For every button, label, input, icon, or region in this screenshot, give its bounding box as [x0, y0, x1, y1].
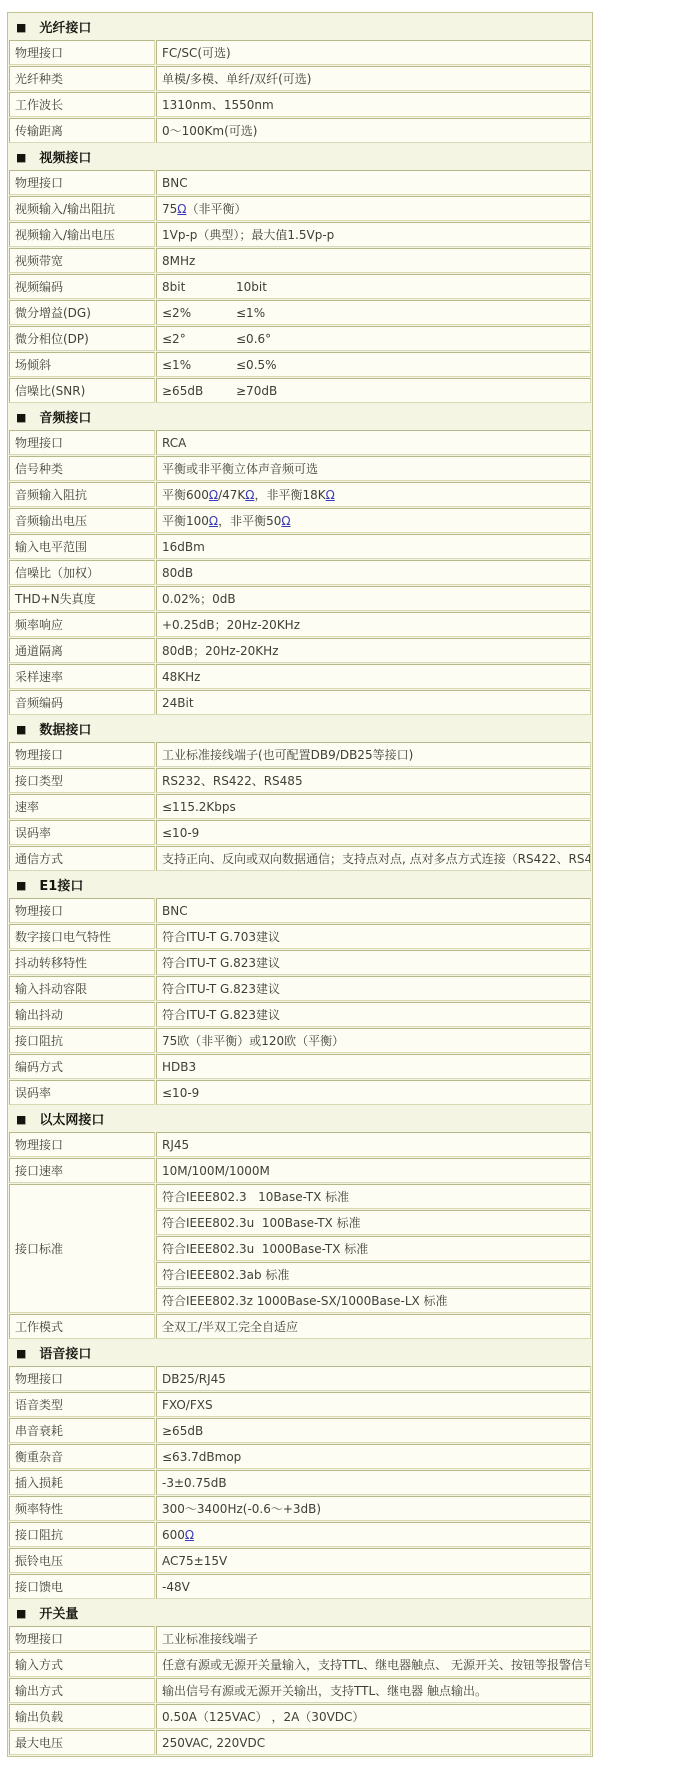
section-title: 视频接口	[39, 151, 91, 166]
row-label: 接口馈电	[9, 1574, 155, 1599]
ohm-symbol: Ω	[209, 488, 218, 502]
spec-row: 插入损耗-3±0.75dB	[9, 1470, 591, 1495]
row-value: 符合IEEE802.3u 1000Base-TX 标准	[156, 1236, 591, 1261]
row-label: 输出抖动	[9, 1002, 155, 1027]
spec-row: 工作波长1310nm、1550nm	[9, 92, 591, 117]
row-label: 输入抖动容限	[9, 976, 155, 1001]
spec-row: 输入抖动容限符合ITU-T G.823建议	[9, 976, 591, 1001]
row-label: 音频输出电压	[9, 508, 155, 533]
row-value: 符合IEEE802.3u 100Base-TX 标准	[156, 1210, 591, 1235]
row-label: 物理接口	[9, 898, 155, 923]
spec-row: 物理接口工业标准接线端子(也可配置DB9/DB25等接口)	[9, 742, 591, 767]
spec-row: 视频编码8bit10bit	[9, 274, 591, 299]
row-value: BNC	[156, 898, 591, 923]
row-value: 符合ITU-T G.823建议	[156, 1002, 591, 1027]
spec-row: 频率特性300～3400Hz(-0.6～+3dB)	[9, 1496, 591, 1521]
row-label: 最大电压	[9, 1730, 155, 1755]
spec-row: 抖动转移特性符合ITU-T G.823建议	[9, 950, 591, 975]
spec-row: 接口标准符合IEEE802.3 10Base-TX 标准	[9, 1184, 591, 1209]
section-title: 开关量	[39, 1607, 78, 1622]
row-value: 75Ω（非平衡）	[156, 196, 591, 221]
row-value: RS232、RS422、RS485	[156, 768, 591, 793]
row-label: 物理接口	[9, 170, 155, 195]
ohm-symbol: Ω	[281, 514, 290, 528]
spec-row: 接口阻抗600Ω	[9, 1522, 591, 1547]
row-label: 输入方式	[9, 1652, 155, 1677]
section-header-row: ■语音接口	[9, 1340, 591, 1365]
row-value: 250VAC, 220VDC	[156, 1730, 591, 1755]
ohm-symbol: Ω	[177, 202, 186, 216]
row-value: ≤1%≤0.5%	[156, 352, 591, 377]
row-value: FC/SC(可选)	[156, 40, 591, 65]
spec-row: 串音衰耗≥65dB	[9, 1418, 591, 1443]
row-label: 通信方式	[9, 846, 155, 871]
row-label: 光纤种类	[9, 66, 155, 91]
row-value: 10M/100M/1000M	[156, 1158, 591, 1183]
section-bullet-icon: ■	[16, 879, 26, 892]
row-value-col1: 8bit	[162, 280, 236, 294]
section-title: 音频接口	[39, 411, 91, 426]
row-value: DB25/RJ45	[156, 1366, 591, 1391]
row-label: 接口类型	[9, 768, 155, 793]
row-label: 数字接口电气特性	[9, 924, 155, 949]
row-label: 微分增益(DG)	[9, 300, 155, 325]
row-label: 输出方式	[9, 1678, 155, 1703]
spec-row: 接口类型RS232、RS422、RS485	[9, 768, 591, 793]
row-value-col1: ≤2%	[162, 306, 236, 320]
row-value: 平衡100Ω，非平衡50Ω	[156, 508, 591, 533]
row-label: 接口阻抗	[9, 1028, 155, 1053]
row-value: 0.02%；0dB	[156, 586, 591, 611]
row-value-col2: ≤1%	[236, 306, 265, 320]
row-value-col2: ≤0.5%	[236, 358, 277, 372]
spec-row: 物理接口BNC	[9, 170, 591, 195]
row-value: 48KHz	[156, 664, 591, 689]
section-header-row: ■光纤接口	[9, 14, 591, 39]
spec-row: 输出抖动符合ITU-T G.823建议	[9, 1002, 591, 1027]
section-title: 光纤接口	[39, 21, 91, 36]
section-header-row: ■音频接口	[9, 404, 591, 429]
spec-row: 语音类型FXO/FXS	[9, 1392, 591, 1417]
section-header-row: ■以太网接口	[9, 1106, 591, 1131]
row-label: 信号种类	[9, 456, 155, 481]
row-value: 任意有源或无源开关量输入，支持TTL、继电器触点、 无源开关、按钮等报警信号。	[156, 1652, 591, 1677]
row-value: +0.25dB；20Hz-20KHz	[156, 612, 591, 637]
row-value: ≤2°≤0.6°	[156, 326, 591, 351]
row-label: 物理接口	[9, 742, 155, 767]
section-header: ■光纤接口	[9, 14, 591, 39]
row-value-col2: 10bit	[236, 280, 267, 294]
row-value: 300～3400Hz(-0.6～+3dB)	[156, 1496, 591, 1521]
spec-row: 接口速率10M/100M/1000M	[9, 1158, 591, 1183]
spec-row: 视频带宽8MHz	[9, 248, 591, 273]
ohm-symbol: Ω	[185, 1528, 194, 1542]
spec-row: 工作模式全双工/半双工完全自适应	[9, 1314, 591, 1339]
spec-row: 频率响应+0.25dB；20Hz-20KHz	[9, 612, 591, 637]
row-value: 8MHz	[156, 248, 591, 273]
row-value: 符合ITU-T G.823建议	[156, 950, 591, 975]
spec-row: 衡重杂音≤63.7dBmop	[9, 1444, 591, 1469]
row-label: 信噪比（加权）	[9, 560, 155, 585]
section-bullet-icon: ■	[16, 411, 26, 424]
section-header: ■E1接口	[9, 872, 591, 897]
row-label: 音频编码	[9, 690, 155, 715]
spec-row: 速率≤115.2Kbps	[9, 794, 591, 819]
ohm-symbol: Ω	[326, 488, 335, 502]
row-label: 速率	[9, 794, 155, 819]
spec-table: ■光纤接口物理接口FC/SC(可选)光纤种类单模/多模、单纤/双纤(可选)工作波…	[7, 12, 593, 1757]
row-value-col2: ≥70dB	[236, 384, 277, 398]
row-label: 插入损耗	[9, 1470, 155, 1495]
row-label: 微分相位(DP)	[9, 326, 155, 351]
row-value: 符合IEEE802.3 10Base-TX 标准	[156, 1184, 591, 1209]
section-bullet-icon: ■	[16, 151, 26, 164]
row-value-col2: ≤0.6°	[236, 332, 271, 346]
row-value: 平衡或非平衡立体声音频可选	[156, 456, 591, 481]
section-header-row: ■数据接口	[9, 716, 591, 741]
spec-row: 物理接口RCA	[9, 430, 591, 455]
row-value: -48V	[156, 1574, 591, 1599]
row-label: 接口阻抗	[9, 1522, 155, 1547]
spec-row: 编码方式HDB3	[9, 1054, 591, 1079]
spec-row: 通信方式支持正向、反向或双向数据通信；支持点对点, 点对多点方式连接（RS422…	[9, 846, 591, 871]
row-label: 频率特性	[9, 1496, 155, 1521]
section-header: ■以太网接口	[9, 1106, 591, 1131]
row-label: 误码率	[9, 820, 155, 845]
section-bullet-icon: ■	[16, 1607, 26, 1620]
row-value: RJ45	[156, 1132, 591, 1157]
spec-row: 输出负载0.50A（125VAC） ，2A（30VDC）	[9, 1704, 591, 1729]
row-label: 工作模式	[9, 1314, 155, 1339]
spec-row: 物理接口BNC	[9, 898, 591, 923]
spec-row: 物理接口DB25/RJ45	[9, 1366, 591, 1391]
section-header-row: ■视频接口	[9, 144, 591, 169]
row-value: ≤115.2Kbps	[156, 794, 591, 819]
spec-row: 信号种类平衡或非平衡立体声音频可选	[9, 456, 591, 481]
row-value: 8bit10bit	[156, 274, 591, 299]
row-value: 80dB；20Hz-20KHz	[156, 638, 591, 663]
row-value: -3±0.75dB	[156, 1470, 591, 1495]
row-value: ≤10-9	[156, 1080, 591, 1105]
section-title: 以太网接口	[39, 1113, 104, 1128]
spec-row: 信噪比（加权）80dB	[9, 560, 591, 585]
row-value: 工业标准接线端子(也可配置DB9/DB25等接口)	[156, 742, 591, 767]
section-bullet-icon: ■	[16, 1347, 26, 1360]
row-value: 1310nm、1550nm	[156, 92, 591, 117]
ohm-symbol: Ω	[245, 488, 254, 502]
spec-row: 接口馈电-48V	[9, 1574, 591, 1599]
row-label: 工作波长	[9, 92, 155, 117]
row-label: 语音类型	[9, 1392, 155, 1417]
spec-row: 误码率≤10-9	[9, 1080, 591, 1105]
spec-row: 输入方式任意有源或无源开关量输入，支持TTL、继电器触点、 无源开关、按钮等报警…	[9, 1652, 591, 1677]
section-bullet-icon: ■	[16, 1113, 26, 1126]
row-value: 75欧（非平衡）或120欧（平衡）	[156, 1028, 591, 1053]
spec-row: 通道隔离80dB；20Hz-20KHz	[9, 638, 591, 663]
spec-row: 误码率≤10-9	[9, 820, 591, 845]
spec-row: 视频输入/输出电压1Vp-p（典型）；最大值1.5Vp-p	[9, 222, 591, 247]
section-header: ■视频接口	[9, 144, 591, 169]
row-label: 采样速率	[9, 664, 155, 689]
row-label: 物理接口	[9, 1626, 155, 1651]
row-value: 工业标准接线端子	[156, 1626, 591, 1651]
row-label: 接口速率	[9, 1158, 155, 1183]
section-header: ■开关量	[9, 1600, 591, 1625]
row-value: ≥65dB	[156, 1418, 591, 1443]
row-label: 接口标准	[9, 1184, 155, 1313]
row-value: 24Bit	[156, 690, 591, 715]
spec-row: 信噪比(SNR)≥65dB≥70dB	[9, 378, 591, 403]
spec-row: 视频输入/输出阻抗75Ω（非平衡）	[9, 196, 591, 221]
row-value: 符合ITU-T G.703建议	[156, 924, 591, 949]
row-label: 视频输入/输出电压	[9, 222, 155, 247]
row-label: 物理接口	[9, 430, 155, 455]
row-value: 0～100Km(可选)	[156, 118, 591, 143]
row-value: RCA	[156, 430, 591, 455]
row-value: 全双工/半双工完全自适应	[156, 1314, 591, 1339]
spec-row: 物理接口工业标准接线端子	[9, 1626, 591, 1651]
row-label: 振铃电压	[9, 1548, 155, 1573]
section-header: ■语音接口	[9, 1340, 591, 1365]
section-header-row: ■开关量	[9, 1600, 591, 1625]
section-title: 语音接口	[39, 1347, 91, 1362]
section-bullet-icon: ■	[16, 21, 26, 34]
row-value: HDB3	[156, 1054, 591, 1079]
row-label: 频率响应	[9, 612, 155, 637]
section-header-row: ■E1接口	[9, 872, 591, 897]
spec-row: 音频编码24Bit	[9, 690, 591, 715]
row-value: 符合ITU-T G.823建议	[156, 976, 591, 1001]
row-label: 串音衰耗	[9, 1418, 155, 1443]
row-value: ≤10-9	[156, 820, 591, 845]
section-bullet-icon: ■	[16, 723, 26, 736]
spec-row: 音频输入阻抗平衡600Ω/47KΩ，非平衡18KΩ	[9, 482, 591, 507]
row-value: 支持正向、反向或双向数据通信；支持点对点, 点对多点方式连接（RS422、RS4…	[156, 846, 591, 871]
spec-row: 采样速率48KHz	[9, 664, 591, 689]
spec-row: 微分相位(DP)≤2°≤0.6°	[9, 326, 591, 351]
spec-row: 场倾斜≤1%≤0.5%	[9, 352, 591, 377]
spec-row: 物理接口FC/SC(可选)	[9, 40, 591, 65]
row-value: 符合IEEE802.3ab 标准	[156, 1262, 591, 1287]
section-header: ■音频接口	[9, 404, 591, 429]
row-label: 传输距离	[9, 118, 155, 143]
row-value: ≥65dB≥70dB	[156, 378, 591, 403]
spec-row: THD+N失真度0.02%；0dB	[9, 586, 591, 611]
row-label: 场倾斜	[9, 352, 155, 377]
row-value: 16dBm	[156, 534, 591, 559]
spec-row: 光纤种类单模/多模、单纤/双纤(可选)	[9, 66, 591, 91]
row-label: 误码率	[9, 1080, 155, 1105]
ohm-symbol: Ω	[209, 514, 218, 528]
row-label: 视频带宽	[9, 248, 155, 273]
row-label: 信噪比(SNR)	[9, 378, 155, 403]
row-value: FXO/FXS	[156, 1392, 591, 1417]
section-title: E1接口	[39, 879, 83, 894]
row-label: 编码方式	[9, 1054, 155, 1079]
spec-row: 音频输出电压平衡100Ω，非平衡50Ω	[9, 508, 591, 533]
row-label: 物理接口	[9, 1366, 155, 1391]
spec-row: 振铃电压AC75±15V	[9, 1548, 591, 1573]
row-value: 1Vp-p（典型）；最大值1.5Vp-p	[156, 222, 591, 247]
row-label: 输入电平范围	[9, 534, 155, 559]
row-label: 视频编码	[9, 274, 155, 299]
row-value: 输出信号有源或无源开关输出，支持TTL、继电器 触点输出。	[156, 1678, 591, 1703]
row-label: 输出负载	[9, 1704, 155, 1729]
row-label: 物理接口	[9, 40, 155, 65]
spec-row: 输出方式输出信号有源或无源开关输出，支持TTL、继电器 触点输出。	[9, 1678, 591, 1703]
row-value: 80dB	[156, 560, 591, 585]
row-label: 音频输入阻抗	[9, 482, 155, 507]
spec-row: 微分增益(DG)≤2%≤1%	[9, 300, 591, 325]
spec-row: 传输距离0～100Km(可选)	[9, 118, 591, 143]
row-label: 衡重杂音	[9, 1444, 155, 1469]
spec-row: 物理接口RJ45	[9, 1132, 591, 1157]
spec-row: 输入电平范围16dBm	[9, 534, 591, 559]
row-value-col1: ≤2°	[162, 332, 236, 346]
row-value: 单模/多模、单纤/双纤(可选)	[156, 66, 591, 91]
row-value: AC75±15V	[156, 1548, 591, 1573]
row-label: THD+N失真度	[9, 586, 155, 611]
spec-row: 接口阻抗75欧（非平衡）或120欧（平衡）	[9, 1028, 591, 1053]
spec-row: 最大电压250VAC, 220VDC	[9, 1730, 591, 1755]
row-value: ≤63.7dBmop	[156, 1444, 591, 1469]
row-value-col1: ≤1%	[162, 358, 236, 372]
row-label: 视频输入/输出阻抗	[9, 196, 155, 221]
row-value: BNC	[156, 170, 591, 195]
row-value: 0.50A（125VAC） ，2A（30VDC）	[156, 1704, 591, 1729]
section-title: 数据接口	[39, 723, 91, 738]
row-value: 600Ω	[156, 1522, 591, 1547]
row-value-col1: ≥65dB	[162, 384, 236, 398]
row-label: 物理接口	[9, 1132, 155, 1157]
row-value: ≤2%≤1%	[156, 300, 591, 325]
spec-table-body: ■光纤接口物理接口FC/SC(可选)光纤种类单模/多模、单纤/双纤(可选)工作波…	[9, 14, 591, 1755]
row-value: 平衡600Ω/47KΩ，非平衡18KΩ	[156, 482, 591, 507]
spec-row: 数字接口电气特性符合ITU-T G.703建议	[9, 924, 591, 949]
row-label: 通道隔离	[9, 638, 155, 663]
row-value: 符合IEEE802.3z 1000Base-SX/1000Base-LX 标准	[156, 1288, 591, 1313]
row-label: 抖动转移特性	[9, 950, 155, 975]
section-header: ■数据接口	[9, 716, 591, 741]
